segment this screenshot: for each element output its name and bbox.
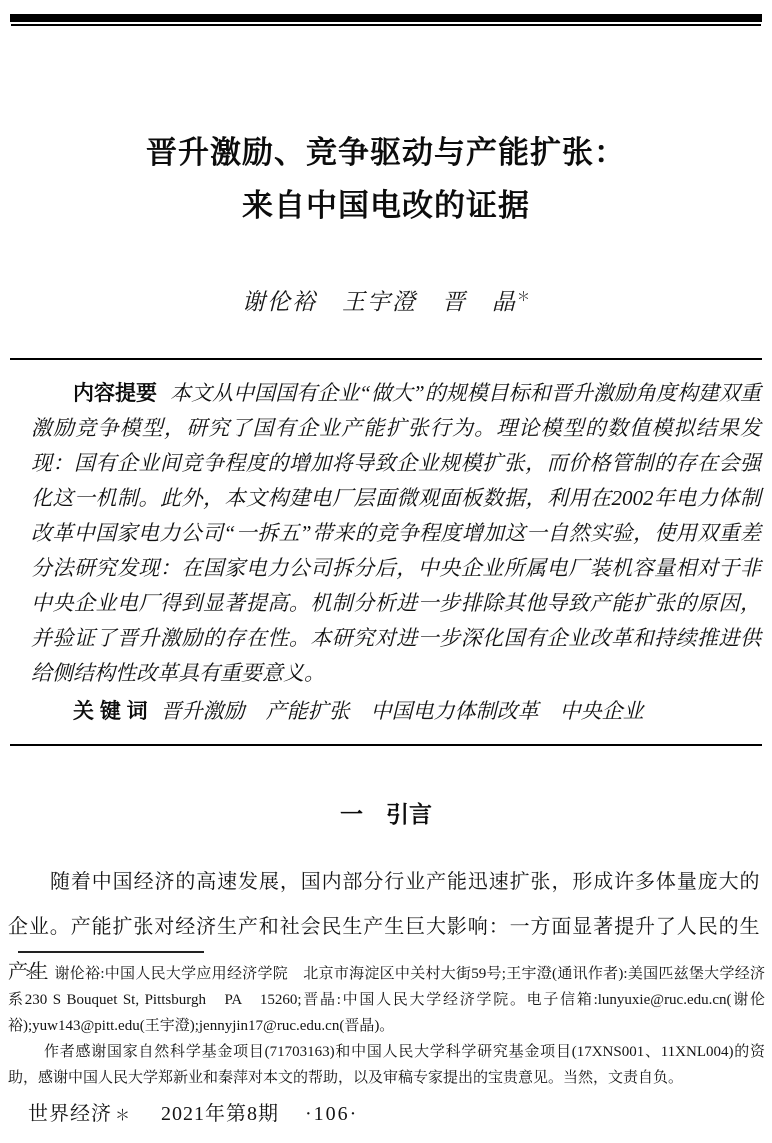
- abstract-label: 内容提要: [73, 382, 157, 405]
- issue-label: 2021年第8期: [161, 1099, 279, 1129]
- footnote-author-affiliation: ＊ 谢伦裕:中国人民大学应用经济学院 北京市海淀区中关村大街59号;王宇澄(通讯…: [8, 961, 765, 1039]
- abstract-divider-top: [10, 358, 762, 360]
- author-names: 谢伦裕 王宇澄 晋 晶: [242, 290, 517, 315]
- abstract-block: 内容提要本文从中国国有企业“做大”的规模目标和晋升激励角度构建双重激励竞争模型，…: [31, 376, 761, 729]
- author-footnote-mark: ＊: [517, 289, 530, 304]
- footnote-divider: [18, 951, 204, 953]
- abstract-divider-bottom: [10, 744, 762, 746]
- title-line-2: 来自中国电改的证据: [242, 188, 530, 223]
- abstract-text: 本文从中国国有企业“做大”的规模目标和晋升激励角度构建双重激励竞争模型，研究了国…: [31, 381, 761, 685]
- keywords-text: 晋升激励 产能扩张 中国电力体制改革 中央企业: [161, 699, 644, 723]
- journal-name: 世界经济: [28, 1099, 112, 1129]
- keywords-label: 关 键 词: [73, 700, 148, 723]
- footnote-acknowledgement: 作者感谢国家自然科学基金项目(71703163)和中国人民大学科学研究基金项目(…: [8, 1039, 765, 1091]
- top-border-thick: [10, 14, 762, 22]
- title-line-1: 晋升激励、竞争驱动与产能扩张：: [146, 135, 626, 170]
- top-border-thin: [11, 24, 761, 26]
- abstract-paragraph: 内容提要本文从中国国有企业“做大”的规模目标和晋升激励角度构建双重激励竞争模型，…: [31, 376, 761, 691]
- keywords-line: 关 键 词晋升激励 产能扩张 中国电力体制改革 中央企业: [31, 694, 761, 729]
- page-number: ·106·: [305, 1099, 358, 1129]
- journal-star-mark: ＊: [115, 1101, 131, 1131]
- section-heading-introduction: 一 引言: [0, 797, 772, 831]
- journal-page: { "page": { "title_line1": "晋升激励、竞争驱动与产能…: [0, 0, 772, 1143]
- footnotes-block: ＊ 谢伦裕:中国人民大学应用经济学院 北京市海淀区中关村大街59号;王宇澄(通讯…: [8, 961, 765, 1091]
- page-footer: 世界经济 ＊ 2021年第8期 ·106·: [28, 1099, 358, 1131]
- page-title: 晋升激励、竞争驱动与产能扩张： 来自中国电改的证据: [0, 126, 772, 232]
- authors-line: 谢伦裕 王宇澄 晋 晶＊: [0, 281, 772, 319]
